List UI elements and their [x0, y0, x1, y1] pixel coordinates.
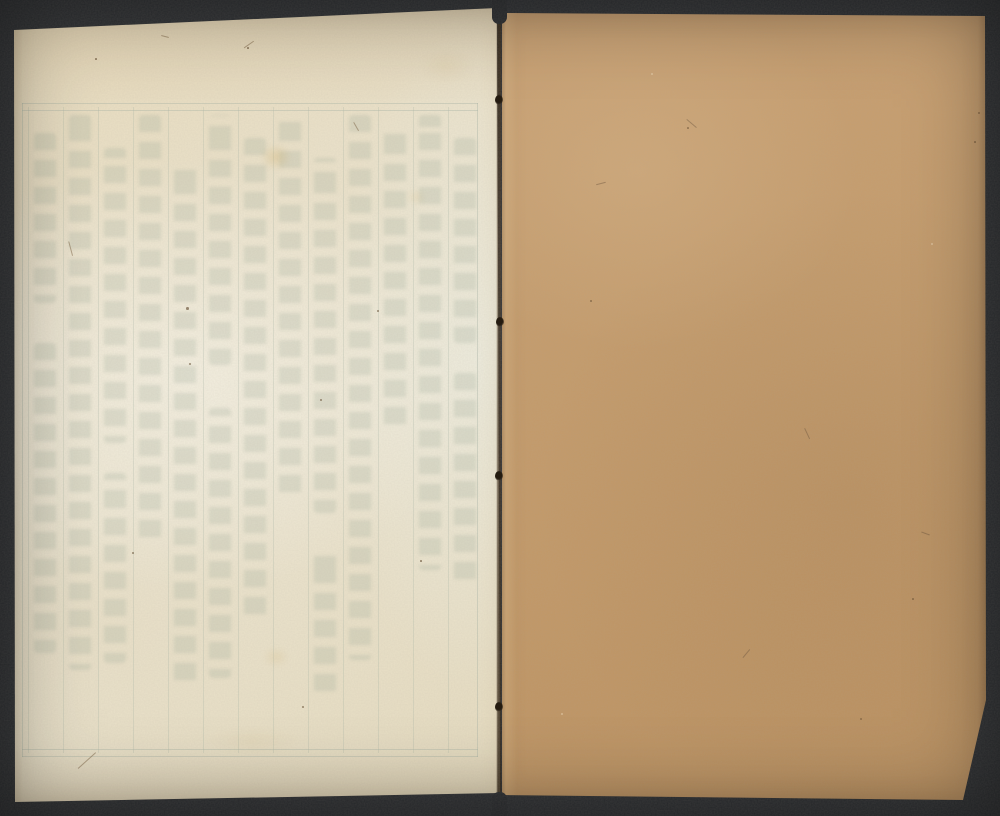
column-rule-line [343, 107, 344, 753]
showthrough-text-column [139, 115, 161, 545]
paper-speck [302, 706, 304, 708]
column-rule-line [168, 107, 169, 753]
paper-speck [420, 560, 422, 562]
showthrough-text-column [174, 168, 196, 688]
paper-stain [411, 44, 481, 88]
spine-crease [497, 8, 501, 796]
paper-speck-light [561, 713, 563, 715]
stitch-hole [495, 95, 503, 105]
showthrough-text-column [209, 408, 231, 678]
showthrough-text-column [104, 473, 126, 663]
spine-notch-top [492, 0, 507, 24]
book-scan-stage [0, 0, 1000, 816]
column-rule-line [133, 107, 134, 753]
showthrough-text-column [349, 115, 371, 660]
showthrough-text-column [384, 128, 406, 428]
stitch-hole [495, 702, 503, 712]
stitch-hole [495, 471, 503, 481]
paper-speck [377, 310, 379, 312]
showthrough-text-column [69, 115, 91, 670]
right-page-kraft-cover [501, 13, 987, 801]
stitch-hole [496, 317, 504, 327]
showthrough-text-column [314, 548, 336, 693]
showthrough-text-column [244, 138, 266, 618]
paper-speck [247, 47, 249, 49]
showthrough-text-column [419, 115, 441, 570]
paper-fiber [596, 182, 606, 186]
paper-fiber [921, 532, 930, 536]
column-rule-line [238, 107, 239, 753]
showthrough-text-column [209, 115, 231, 365]
paper-stain [403, 186, 429, 208]
spine-notch-bottom [492, 792, 507, 816]
frame-border-line [477, 103, 478, 757]
paper-speck [687, 127, 689, 129]
showthrough-text-column [454, 373, 476, 588]
column-rule-line [63, 107, 64, 753]
paper-speck [186, 307, 189, 310]
left-page-cream-paper [13, 8, 502, 804]
column-rule-line [98, 107, 99, 753]
column-rule-line [308, 107, 309, 753]
paper-stain [193, 724, 313, 758]
paper-fiber [804, 428, 810, 439]
paper-speck-light [931, 243, 933, 245]
column-rule-line [28, 107, 29, 753]
paper-speck [320, 399, 322, 401]
paper-stain [256, 140, 296, 174]
showthrough-text-column [454, 138, 476, 343]
paper-speck [95, 58, 97, 60]
column-rule-line [203, 107, 204, 753]
paper-speck [132, 552, 134, 554]
paper-speck [912, 598, 914, 600]
showthrough-text-column [34, 133, 56, 303]
frame-border-line [22, 103, 23, 757]
frame-border-line [22, 110, 478, 111]
showthrough-text-column [104, 148, 126, 443]
paper-fiber [161, 35, 169, 38]
showthrough-text-column [34, 343, 56, 653]
column-rule-line [448, 107, 449, 753]
paper-fiber [742, 649, 750, 658]
column-rule-line [378, 107, 379, 753]
paper-speck [978, 112, 980, 114]
paper-speck [860, 718, 862, 720]
paper-speck [974, 141, 976, 143]
paper-speck-light [651, 73, 653, 75]
paper-speck [189, 363, 191, 365]
paper-speck [590, 300, 592, 302]
showthrough-text-column [314, 158, 336, 513]
paper-stain [259, 644, 293, 670]
paper-fiber [244, 41, 255, 49]
frame-border-line [22, 103, 478, 104]
